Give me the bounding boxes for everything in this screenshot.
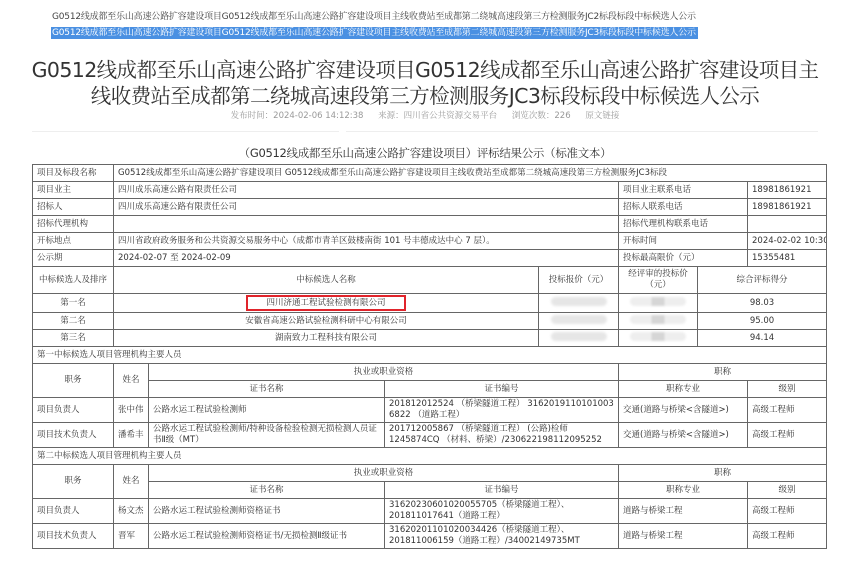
project-name: G0512线成都至乐山高速公路扩容建设项目 G0512线成都至乐山高速公路扩容建… bbox=[114, 165, 827, 182]
header-name: 姓名 bbox=[114, 364, 149, 398]
label: 公示期 bbox=[33, 250, 114, 267]
view-count: 浏览次数：226 bbox=[512, 111, 571, 121]
open-time: 2024-02-02 10:30:00 bbox=[748, 233, 827, 250]
cert-name: 公路水运工程试验检测师资格证书/无损检测Ⅱ级证书 bbox=[149, 524, 385, 549]
evaluation-result-table: 项目及标段名称 G0512线成都至乐山高速公路扩容建设项目 G0512线成都至乐… bbox=[32, 164, 827, 549]
label: 招标人 bbox=[33, 199, 114, 216]
section-title-row: 第一中标候选人项目管理机构主要人员 bbox=[33, 347, 827, 364]
title-level: 高级工程师 bbox=[748, 499, 827, 524]
personnel-header-row: 职务 姓名 执业或职业资格 职称 bbox=[33, 465, 827, 482]
owner-phone: 18981861921 bbox=[748, 182, 827, 199]
header-title-level: 级别 bbox=[748, 381, 827, 398]
publish-time: 发布时间：2024-02-06 14:12:38 bbox=[231, 111, 364, 121]
candidate-row: 第三名 湖南致力工程科技有限公司 94.14 bbox=[33, 330, 827, 347]
rank: 第一名 bbox=[33, 294, 114, 313]
candidate-name-cell: 四川济通工程试验检测有限公司 bbox=[114, 294, 539, 313]
personnel-subheader-row: 证书名称 证书编号 职称专业 级别 bbox=[33, 381, 827, 398]
original-link[interactable]: 原文链接 bbox=[585, 111, 619, 121]
breadcrumb-jc3-link-selected[interactable]: G0512线成都至乐山高速公路扩容建设项目G0512线成都至乐山高速公路扩容建设… bbox=[51, 27, 698, 39]
person-name: 潘希丰 bbox=[114, 423, 149, 448]
label: 投标最高限价（元） bbox=[619, 250, 748, 267]
divider bbox=[32, 131, 339, 132]
position: 项目负责人 bbox=[33, 499, 114, 524]
header-bid-price: 投标报价（元） bbox=[539, 267, 619, 294]
position: 项目负责人 bbox=[33, 398, 114, 423]
divider bbox=[346, 131, 818, 132]
page-title: G0512线成都至乐山高速公路扩容建设项目G0512线成都至乐山高速公路扩容建设… bbox=[30, 57, 820, 109]
header-position: 职务 bbox=[33, 465, 114, 499]
title-level: 高级工程师 bbox=[748, 524, 827, 549]
header-cert-name: 证书名称 bbox=[149, 482, 385, 499]
score: 95.00 bbox=[698, 313, 827, 330]
person-name: 杨文杰 bbox=[114, 499, 149, 524]
label: 项目及标段名称 bbox=[33, 165, 114, 182]
period: 2024-02-07 至 2024-02-09 bbox=[114, 250, 619, 267]
article-meta: 发布时间：2024-02-06 14:12:38 来源：四川省公共资源交易平台 … bbox=[0, 109, 850, 121]
header-qualification: 执业或职业资格 bbox=[149, 465, 619, 482]
candidate-name: 安徽省高速公路试验检测科研中心有限公司 bbox=[114, 313, 539, 330]
header-rank: 中标候选人及排序 bbox=[33, 267, 114, 294]
location: 四川省政府政务服务和公共资源交易服务中心（成都市青羊区鼓楼南街 101 号丰德成… bbox=[114, 233, 619, 250]
personnel-subheader-row: 证书名称 证书编号 职称专业 级别 bbox=[33, 482, 827, 499]
info-row: 招标代理机构 招标代理机构联系电话 bbox=[33, 216, 827, 233]
position: 项目技术负责人 bbox=[33, 423, 114, 448]
agency-phone bbox=[748, 216, 827, 233]
personnel-row: 项目技术负责人 潘希丰 公路水运工程试验检测师/特种设备检验检测无损检测人员证书… bbox=[33, 423, 827, 448]
tenderer-phone: 18981861921 bbox=[748, 199, 827, 216]
header-score: 综合评标得分 bbox=[698, 267, 827, 294]
header-cert-no: 证书编号 bbox=[385, 381, 619, 398]
agency bbox=[114, 216, 619, 233]
position: 项目技术负责人 bbox=[33, 524, 114, 549]
title-major: 交通(道路与桥梁<含隧道>) bbox=[619, 423, 748, 448]
reviewed-price-redacted bbox=[619, 330, 698, 347]
candidates-header: 中标候选人及排序 中标候选人名称 投标报价（元） 经评审的投标价（元） 综合评标… bbox=[33, 267, 827, 294]
label: 开标地点 bbox=[33, 233, 114, 250]
cert-no: 201812012524 （桥梁隧道工程） 3162019110101003 6… bbox=[385, 398, 619, 423]
bid-price-redacted bbox=[539, 294, 619, 313]
info-row: 项目业主 四川成乐高速公路有限责任公司 项目业主联系电话 18981861921 bbox=[33, 182, 827, 199]
label: 招标代理机构 bbox=[33, 216, 114, 233]
bid-price-redacted bbox=[539, 313, 619, 330]
personnel-row: 项目负责人 张中伟 公路水运工程试验检测师 201812012524 （桥梁隧道… bbox=[33, 398, 827, 423]
personnel1-title: 第一中标候选人项目管理机构主要人员 bbox=[33, 347, 827, 364]
header-title-major: 职称专业 bbox=[619, 381, 748, 398]
title-major: 交通(道路与桥梁<含隧道>) bbox=[619, 398, 748, 423]
title-level: 高级工程师 bbox=[748, 423, 827, 448]
person-name: 张中伟 bbox=[114, 398, 149, 423]
highlighted-candidate-name: 四川济通工程试验检测有限公司 bbox=[246, 295, 405, 311]
candidate-row: 第二名 安徽省高速公路试验检测科研中心有限公司 95.00 bbox=[33, 313, 827, 330]
breadcrumb-jc2-link[interactable]: G0512线成都至乐山高速公路扩容建设项目G0512线成都至乐山高速公路扩容建设… bbox=[52, 11, 696, 23]
owner: 四川成乐高速公路有限责任公司 bbox=[114, 182, 619, 199]
section-title-row: 第二中标候选人项目管理机构主要人员 bbox=[33, 448, 827, 465]
personnel-header-row: 职务 姓名 执业或职业资格 职称 bbox=[33, 364, 827, 381]
personnel-row: 项目技术负责人 晋军 公路水运工程试验检测师资格证书/无损检测Ⅱ级证书 3162… bbox=[33, 524, 827, 549]
header-title-major: 职称专业 bbox=[619, 482, 748, 499]
cert-name: 公路水运工程试验检测师 bbox=[149, 398, 385, 423]
cert-name: 公路水运工程试验检测师/特种设备检验检测无损检测人员证书Ⅱ级（MT） bbox=[149, 423, 385, 448]
max-price: 15355481 bbox=[748, 250, 827, 267]
cert-no: 31620201101020034426（桥梁隧道工程）、20181100615… bbox=[385, 524, 619, 549]
label: 项目业主联系电话 bbox=[619, 182, 748, 199]
label: 开标时间 bbox=[619, 233, 748, 250]
header-cert-name: 证书名称 bbox=[149, 381, 385, 398]
reviewed-price-redacted bbox=[619, 294, 698, 313]
cert-no: 201712005867 （桥梁隧道工程） (公路)检师1245874CQ （材… bbox=[385, 423, 619, 448]
title-major: 道路与桥梁工程 bbox=[619, 499, 748, 524]
cert-no: 31620230601020055705（桥梁隧道工程）、20181101764… bbox=[385, 499, 619, 524]
tenderer: 四川成乐高速公路有限责任公司 bbox=[114, 199, 619, 216]
info-row: 公示期 2024-02-07 至 2024-02-09 投标最高限价（元） 15… bbox=[33, 250, 827, 267]
label: 招标人联系电话 bbox=[619, 199, 748, 216]
header-cert-no: 证书编号 bbox=[385, 482, 619, 499]
candidate-name: 湖南致力工程科技有限公司 bbox=[114, 330, 539, 347]
score: 98.03 bbox=[698, 294, 827, 313]
info-row: 招标人 四川成乐高速公路有限责任公司 招标人联系电话 18981861921 bbox=[33, 199, 827, 216]
personnel2-title: 第二中标候选人项目管理机构主要人员 bbox=[33, 448, 827, 465]
result-subtitle: （G0512线成都至乐山高速公路扩容建设项目）评标结果公示（标准文本） bbox=[0, 145, 850, 161]
personnel-row: 项目负责人 杨文杰 公路水运工程试验检测师资格证书 31620230601020… bbox=[33, 499, 827, 524]
header-reviewed-price: 经评审的投标价（元） bbox=[619, 267, 698, 294]
rank: 第三名 bbox=[33, 330, 114, 347]
header-title: 职称 bbox=[619, 465, 827, 482]
header-candidate-name: 中标候选人名称 bbox=[114, 267, 539, 294]
bid-price-redacted bbox=[539, 330, 619, 347]
header-qualification: 执业或职业资格 bbox=[149, 364, 619, 381]
title-level: 高级工程师 bbox=[748, 398, 827, 423]
source: 来源：四川省公共资源交易平台 bbox=[378, 111, 497, 121]
person-name: 晋军 bbox=[114, 524, 149, 549]
header-name: 姓名 bbox=[114, 465, 149, 499]
cert-name: 公路水运工程试验检测师资格证书 bbox=[149, 499, 385, 524]
header-position: 职务 bbox=[33, 364, 114, 398]
header-title: 职称 bbox=[619, 364, 827, 381]
info-row: 项目及标段名称 G0512线成都至乐山高速公路扩容建设项目 G0512线成都至乐… bbox=[33, 165, 827, 182]
candidate-row: 第一名 四川济通工程试验检测有限公司 98.03 bbox=[33, 294, 827, 313]
info-row: 开标地点 四川省政府政务服务和公共资源交易服务中心（成都市青羊区鼓楼南街 101… bbox=[33, 233, 827, 250]
title-major: 道路与桥梁工程 bbox=[619, 524, 748, 549]
reviewed-price-redacted bbox=[619, 313, 698, 330]
header-title-level: 级别 bbox=[748, 482, 827, 499]
score: 94.14 bbox=[698, 330, 827, 347]
label: 项目业主 bbox=[33, 182, 114, 199]
label: 招标代理机构联系电话 bbox=[619, 216, 748, 233]
rank: 第二名 bbox=[33, 313, 114, 330]
